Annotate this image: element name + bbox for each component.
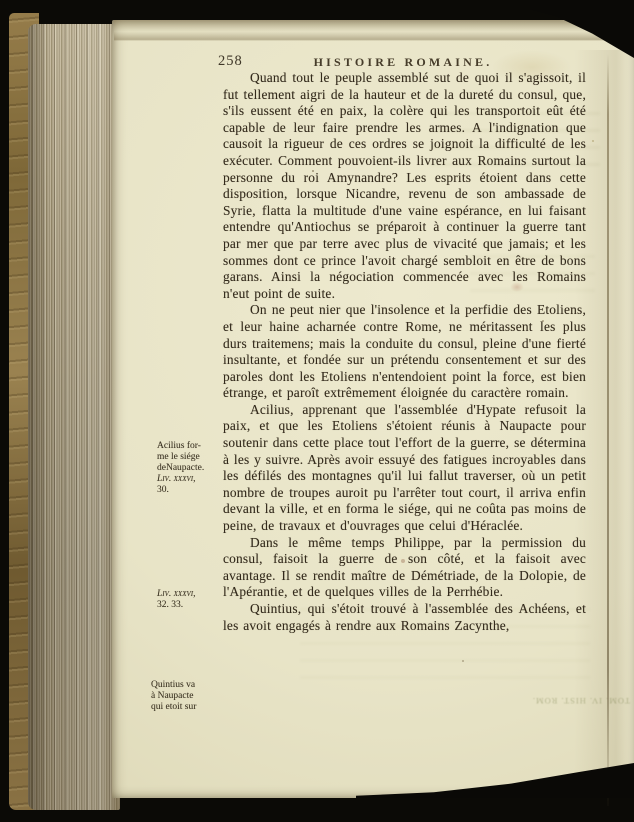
paragraph: Quintius, qui s'étoit trouvé à l'assembl… <box>223 601 586 634</box>
page-top-edge <box>114 20 626 41</box>
gutter-crease-line <box>607 54 609 806</box>
margin-note-citation: Liv. xxxvi, <box>157 589 229 600</box>
bleed-through-signature-text: TOM. IV. HIST. ROM. <box>520 696 630 706</box>
margin-note-line: deNaupacte. <box>157 463 229 474</box>
paragraph: Acilius, apprenant que l'assemblée d'Hyp… <box>223 402 586 535</box>
page-edge-stack <box>28 24 120 810</box>
book-page: 258 HISTOIRE ROMAINE. Quand tout le peup… <box>112 20 634 798</box>
margin-note-line: à Naupacte <box>151 691 223 702</box>
page-header: 258 HISTOIRE ROMAINE. <box>220 53 586 69</box>
margin-note-acilius: Acilius for- me le siége deNaupacte. Liv… <box>157 441 229 496</box>
margin-note-line: 30. <box>157 485 229 496</box>
margin-note-line: Acilius for- <box>157 441 229 452</box>
paragraph: Quand tout le peuple assemblé sut de quo… <box>223 70 586 302</box>
paragraph: On ne peut nier que l'insolence et la pe… <box>223 302 586 402</box>
margin-note-line: Quintius va <box>151 680 223 691</box>
paragraph: Dans le même temps Philippe, par la perm… <box>223 535 586 601</box>
running-title: HISTOIRE ROMAINE. <box>220 55 586 70</box>
margin-note-line: qui etoit sur <box>151 702 223 713</box>
margin-note-citation: Liv. xxxvi, <box>157 474 229 485</box>
scanned-book-photo: 258 HISTOIRE ROMAINE. Quand tout le peup… <box>0 0 634 822</box>
margin-note-quintius: Quintius va à Naupacte qui etoit sur <box>151 680 223 713</box>
margin-note-liv-xxxvi: Liv. xxxvi, 32. 33. <box>157 589 229 611</box>
body-text: Quand tout le peuple assemblé sut de quo… <box>223 70 586 634</box>
margin-note-line: me le siége <box>157 452 229 463</box>
margin-note-line: 32. 33. <box>157 600 229 611</box>
